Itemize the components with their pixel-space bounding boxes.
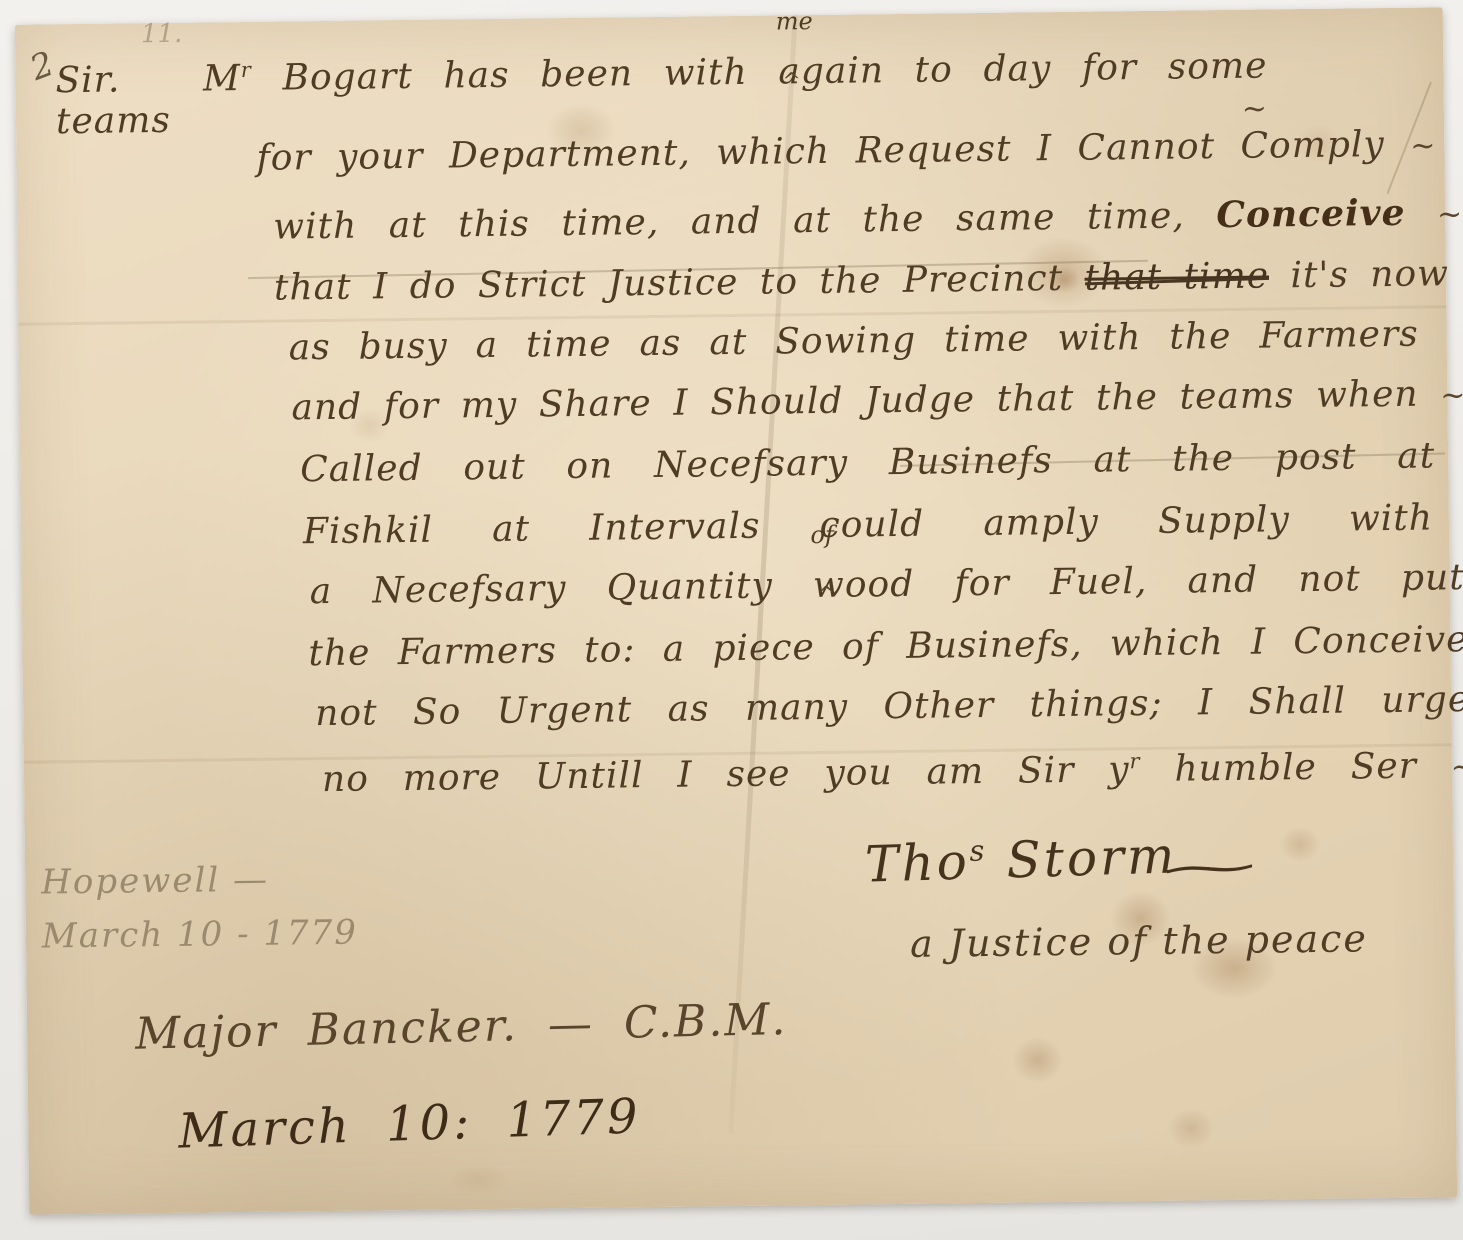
- line-text: and for my Share I Should Judge that the…: [291, 374, 1419, 429]
- letter-line-8: Fishkil at Intervals could amply Supply …: [303, 497, 1433, 552]
- address-line: Major Bancker. — C.B.M.: [135, 994, 788, 1060]
- line-text: it's now: [1290, 253, 1449, 296]
- stain: [449, 1164, 509, 1195]
- line-text: wood for Fuel, and not put: [813, 557, 1463, 606]
- line-text: a Necefsary Quantity: [309, 566, 773, 613]
- stain: [1280, 827, 1320, 862]
- corner-mark: 2: [25, 44, 59, 89]
- heavily-inked-word: Conceive: [1216, 192, 1406, 236]
- caret-mark-icon: ^: [817, 583, 837, 608]
- letter-line-5: as busy a time as at Sowing time with th…: [289, 314, 1419, 369]
- letter-line-4: that I do Strict Justice to the Precinct…: [274, 253, 1449, 308]
- inserted-word: me: [776, 7, 813, 35]
- line-text: that I do Strict Justice to the Precinct: [274, 258, 1064, 309]
- line-flourish: ~: [1437, 197, 1463, 232]
- line-text: no more Untill I see you am Sir y: [322, 749, 1130, 800]
- line-flourish: ~: [1410, 128, 1437, 163]
- letter-line-7: Called out on Necefsary Businefs at the …: [300, 435, 1435, 490]
- superscript-s: s: [969, 833, 988, 868]
- stain: [1012, 1037, 1063, 1083]
- place-date-line: March 10 - 1779: [42, 913, 358, 957]
- letter-line-6: and for my Share I Should Judge that the…: [291, 373, 1463, 428]
- line-text: not So Urgent as many Other things; I Sh…: [315, 679, 1463, 734]
- signature-title: a Justice of the peace: [910, 916, 1368, 966]
- mr-abbrev: Mr: [203, 58, 252, 100]
- line-flourish: ~: [1440, 378, 1463, 413]
- line-flourish: ~: [1451, 750, 1463, 785]
- line-text: Bogart has been with: [282, 52, 748, 99]
- line-text: the Farmers to: a piece of Businefs, whi…: [308, 619, 1463, 674]
- letter-paper: 2 11. Sir. Mr Bogart has been with me ^ …: [15, 7, 1457, 1214]
- struck-out-word: that time: [1084, 255, 1269, 298]
- signature: Thos Storm ~: [864, 825, 1233, 894]
- signature-flourish: ~: [1152, 843, 1277, 893]
- caret-mark-icon: ^: [782, 69, 802, 94]
- stain: [1168, 1108, 1214, 1149]
- salutation: Sir.: [55, 59, 120, 101]
- line-text: humble Ser: [1174, 746, 1417, 790]
- line-text: Called out on Necefsary Businefs at the …: [300, 435, 1435, 490]
- docket-date: March 10: 1779: [177, 1088, 641, 1159]
- photograph-background: 2 11. Sir. Mr Bogart has been with me ^ …: [0, 0, 1463, 1240]
- faint-top-mark: 11.: [141, 19, 183, 50]
- letter-line-12: no more Untill I see you am Sir yr humbl…: [322, 745, 1463, 800]
- place-line: Hopewell —: [41, 860, 269, 903]
- letter-line-9: a Necefsary Quantity of ^ wood for Fuel,…: [309, 557, 1463, 612]
- superscript-r: r: [1129, 749, 1140, 773]
- line-flourish: ~: [1242, 91, 1269, 126]
- letter-line-10: the Farmers to: a piece of Businefs, whi…: [308, 619, 1463, 674]
- line-text: Fishkil at Intervals could amply Supply …: [303, 497, 1433, 552]
- inserted-word: of: [810, 521, 834, 549]
- line-text: as busy a time as at Sowing time with th…: [289, 314, 1419, 369]
- letter-line-11: not So Urgent as many Other things; I Sh…: [315, 679, 1463, 734]
- letter-line-3: with at this time, and at the same time,…: [273, 191, 1463, 248]
